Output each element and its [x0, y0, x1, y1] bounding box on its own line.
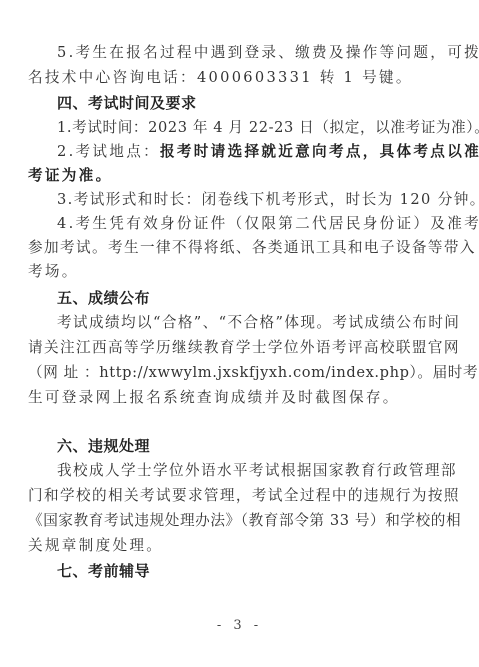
paragraph-line: 门和学校的相关考试要求管理，考试全过程中的违规行为按照	[28, 484, 422, 508]
paragraph-line: 1.考试时间：2023 年 4 月 22-23 日（拟定，以准考证为准）。	[57, 116, 422, 140]
paragraph-line-bold: 考证为准。	[28, 164, 422, 188]
paragraph-line: 2.考试地点：报考时请选择就近意向考点，具体考点以准	[57, 140, 422, 164]
paragraph-line: 关规章制度处理。	[28, 534, 422, 558]
section-heading-violations: 六、违规处理	[57, 434, 422, 458]
paragraph-line: 考试成绩均以“合格”、“不合格”体现。考试成绩公布时间	[57, 311, 422, 335]
section-heading-exam-time: 四、考试时间及要求	[57, 91, 422, 115]
paragraph-line: 3.考试形式和时长：闭卷线下机考形式，时长为 120 分钟。	[57, 188, 422, 212]
paragraph-line: 5.考生在报名过程中遇到登录、缴费及操作等问题，可拨报	[57, 41, 422, 65]
paragraph-line: 请关注江西高等学历继续教育学士学位外语考评高校联盟官网	[28, 336, 422, 360]
paragraph-line: 考场。	[28, 260, 422, 284]
paragraph-line: 生可登录网上报名系统查询成绩并及时截图保存。	[28, 386, 422, 410]
exam-location-label: 2.考试地点：	[57, 143, 160, 160]
section-heading-tutoring: 七、考前辅导	[57, 559, 422, 583]
document-page: 5.考生在报名过程中遇到登录、缴费及操作等问题，可拨报 名技术中心咨询电话：40…	[0, 0, 479, 667]
exam-location-bold-text: 报考时请选择就近意向考点，具体考点以准	[160, 143, 479, 160]
paragraph-line: 4.考生凭有效身份证件（仅限第二代居民身份证）及准考证	[57, 212, 422, 236]
paragraph-line: 参加考试。考生一律不得将纸、各类通讯工具和电子设备等带入	[28, 236, 422, 260]
paragraph-line: 我校成人学士学位外语水平考试根据国家教育行政管理部	[57, 459, 422, 483]
paragraph-line: 《国家教育考试违规处理办法》（教育部令第 33 号）和学校的相	[28, 509, 422, 533]
page-number: - 3 -	[0, 618, 479, 633]
paragraph-line: 名技术中心咨询电话：4000603331 转 1 号键。	[28, 66, 422, 90]
paragraph-line-url: （网 址 ：http://xwwylm.jxskfjyxh.com/index.…	[28, 361, 422, 385]
section-heading-results: 五、成绩公布	[57, 286, 422, 310]
